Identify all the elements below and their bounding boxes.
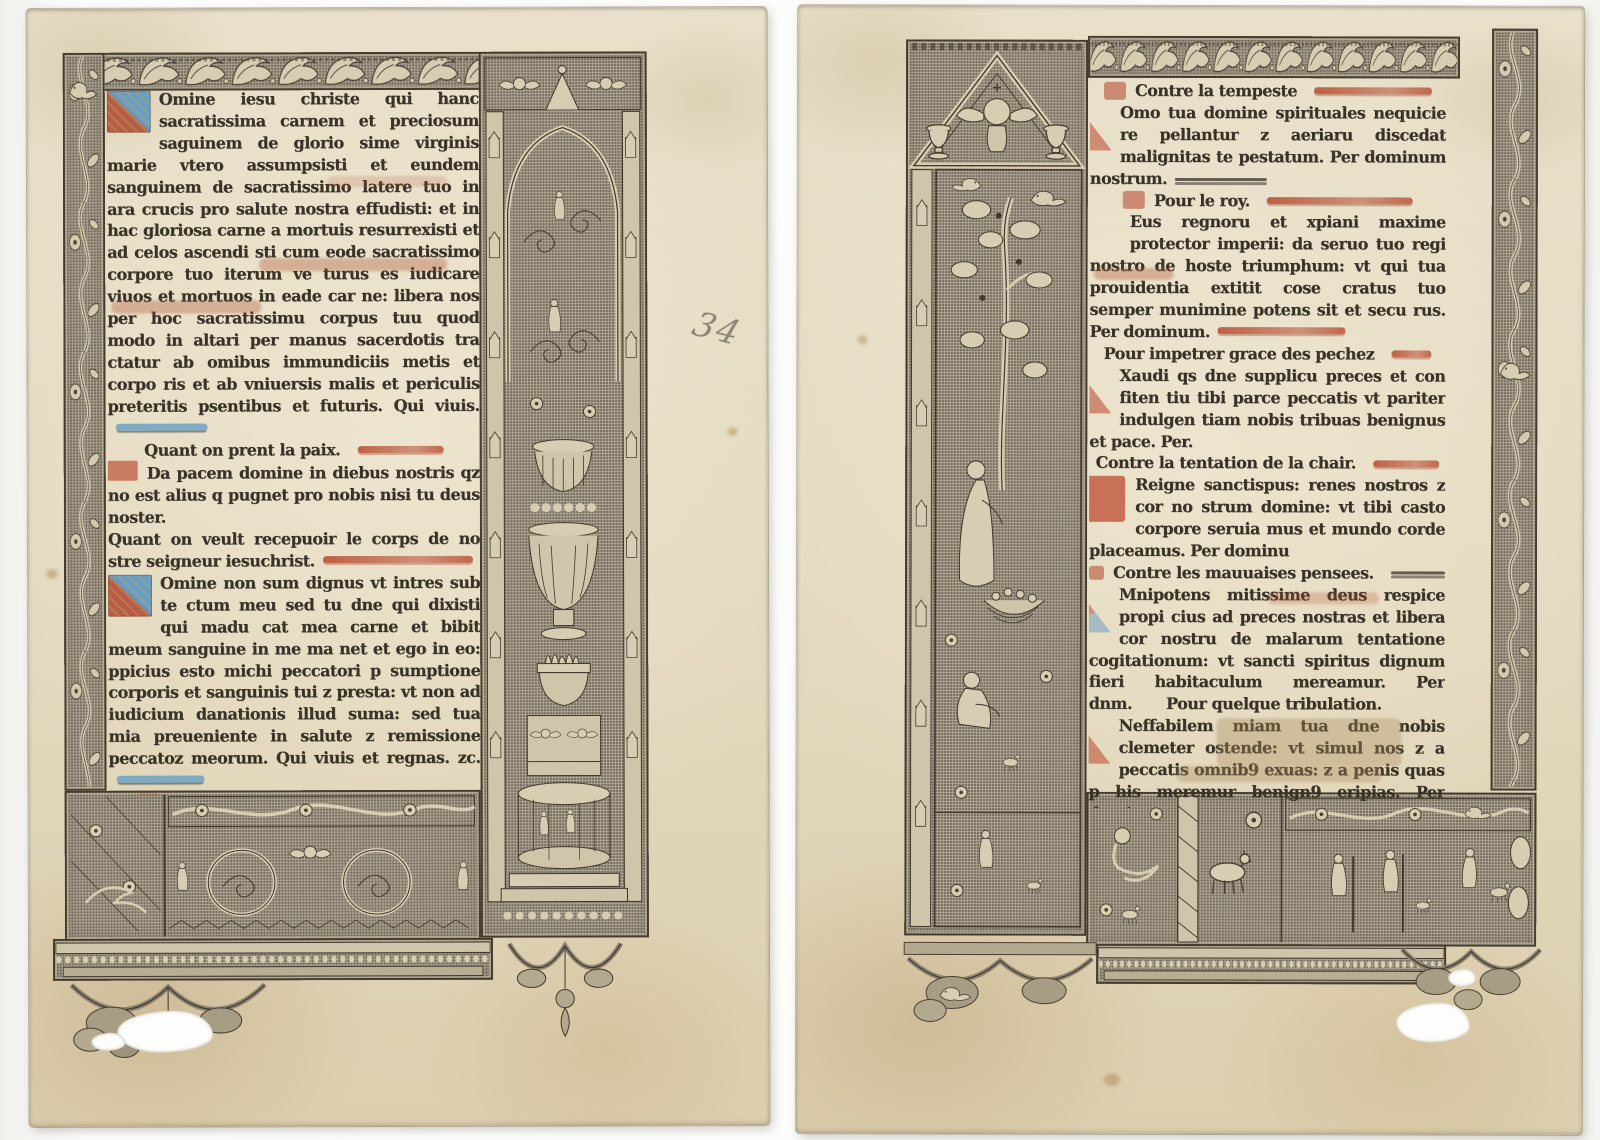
foxing-spot: [728, 427, 738, 436]
painted-line-filler: [1218, 327, 1346, 334]
blackletter-text: Quant on la receu.: [169, 791, 326, 795]
candelabra-pendant-swag: [499, 935, 631, 1057]
paper-damage-chip: [117, 1010, 213, 1052]
woodcut-base-molding: [53, 938, 493, 981]
photo-backdrop: Omine iesu christe qui hanc sacratissima…: [0, 0, 1600, 1140]
illuminated-initial: [1089, 104, 1112, 151]
illuminated-initial: [1089, 476, 1126, 522]
blackletter-text: Contre les mauuaises pensees.: [1113, 562, 1374, 584]
illuminated-initial: [108, 575, 152, 617]
painted-line-filler: [116, 423, 208, 430]
prayer-paragraph: Neffabilem miam tua dne nobis clemeter o…: [1089, 715, 1445, 808]
foxing-spot: [46, 569, 58, 579]
paper-damage-chip: [1448, 969, 1476, 987]
prayer-paragraph: Da pacem domine in diebus nostris qz no …: [108, 460, 480, 529]
painted-line-filler: [1314, 88, 1432, 95]
illuminated-initial: [1089, 717, 1111, 764]
blackletter-text: Reigne sanctispus: renes nostros z cor n…: [1089, 475, 1445, 560]
woodcut-floral-border-right: [1491, 29, 1539, 791]
foxing-spot: [857, 335, 867, 344]
woodcut-pictorial-border-left: [904, 39, 1088, 935]
left-text-column: Omine iesu christe qui hanc sacratissima…: [107, 88, 481, 795]
painted-line-filler: [1373, 460, 1439, 467]
prayer-paragraph: Reigne sanctispus: renes nostros z cor n…: [1089, 474, 1445, 562]
prayer-paragraph: Omine non sum dignus vt intres sub te ct…: [108, 572, 481, 792]
illuminated-initial: [107, 91, 151, 133]
rubric-mark: [1089, 566, 1104, 580]
illuminated-initial: [1090, 211, 1130, 253]
rubric-line: Pour le roy.: [1090, 189, 1446, 212]
painted-line-filler: [1267, 197, 1413, 204]
illuminated-initial: [1089, 586, 1111, 633]
right-text-column: Contre la tempesteOmo tua domine spiritu…: [1089, 80, 1447, 809]
blackletter-text: Contre la tentation de la chair.: [1096, 452, 1356, 474]
paper-damage-chip: [91, 1033, 125, 1051]
woodcut-acanthus-frieze-top: [1088, 36, 1460, 79]
blackletter-text: Eus regnoru et xpiani maxime protector i…: [1089, 212, 1445, 341]
woodcut-grotesque-panel-bottom: [65, 790, 481, 941]
blackletter-text: Omine iesu christe qui hanc sacratissima…: [107, 89, 480, 416]
paper-damage-chip: [1396, 1002, 1470, 1042]
rubric-mark: [1123, 191, 1145, 209]
woodcut-figure-panel-bottom: [1086, 792, 1536, 947]
painted-line-filler: [1391, 351, 1431, 358]
prayer-paragraph: Omo tua domine spirituales nequicie re p…: [1090, 102, 1446, 190]
painted-line-filler: [1391, 572, 1445, 575]
blackletter-text: Neffabilem miam tua dne nobis clemeter o…: [1089, 716, 1445, 808]
blackletter-text: Da pacem domine in diebus nostris qz no …: [108, 463, 480, 527]
corbel-foliage-swag-left: [900, 935, 1100, 1045]
blackletter-text: Pour le roy.: [1154, 189, 1250, 211]
illuminated-initial: [1089, 367, 1112, 414]
blackletter-text: Omine non sum dignus vt intres sub te ct…: [108, 573, 480, 768]
blackletter-text: Omo tua domine spirituales nequicie re p…: [1090, 103, 1446, 188]
prayer-paragraph: Eus regnoru et xpiani maxime protector i…: [1089, 211, 1445, 343]
prayer-paragraph: Xaudi qs dne supplicu preces et con fite…: [1089, 365, 1445, 453]
rubric-mark: [1104, 82, 1126, 100]
inline-rubric: Pour quelque tribulation.: [1166, 694, 1382, 713]
painted-line-filler: [323, 556, 473, 563]
rubric-line: Contre la tentation de la chair.: [1089, 452, 1445, 475]
prayer-paragraph: Mnipotens mitissime deus respice propi c…: [1089, 584, 1445, 716]
painted-line-filler: [357, 446, 443, 453]
woodcut-floral-border-left: [63, 53, 107, 791]
foxing-spot: [1104, 1074, 1120, 1086]
woodcut-base-molding: [1096, 944, 1446, 985]
painted-line-filler: [1175, 178, 1267, 181]
illuminated-initial: [108, 461, 138, 481]
rubric-line: Quant on prent la paix.: [108, 438, 480, 461]
rubric-mark: [138, 794, 160, 795]
blackletter-text: Xaudi qs dne supplicu preces et con fite…: [1089, 366, 1445, 451]
prayer-paragraph: Quant on veult recepuoir le corps de no …: [108, 528, 480, 573]
rubric-line: Contre les mauuaises pensees.: [1089, 562, 1445, 585]
rubric-line: Contre la tempeste: [1090, 80, 1446, 103]
left-leaf: Omine iesu christe qui hanc sacratissima…: [27, 7, 770, 1127]
blackletter-text: Pour impetrer grace des pechez: [1104, 343, 1375, 365]
blackletter-text: Contre la tempeste: [1135, 80, 1297, 102]
woodcut-candelabra-border: [479, 51, 649, 937]
painted-line-filler: [117, 776, 205, 783]
blackletter-text: Quant on veult recepuoir le corps de no …: [108, 529, 480, 571]
pencil-annotation: 34: [687, 305, 747, 354]
right-leaf: Contre la tempesteOmo tua domine spiritu…: [796, 5, 1584, 1135]
rubric-line: Pour impetrer grace des pechez: [1089, 343, 1445, 366]
prayer-paragraph: Omine iesu christe qui hanc sacratissima…: [107, 88, 480, 439]
blackletter-text: Quant on prent la paix.: [144, 439, 340, 461]
